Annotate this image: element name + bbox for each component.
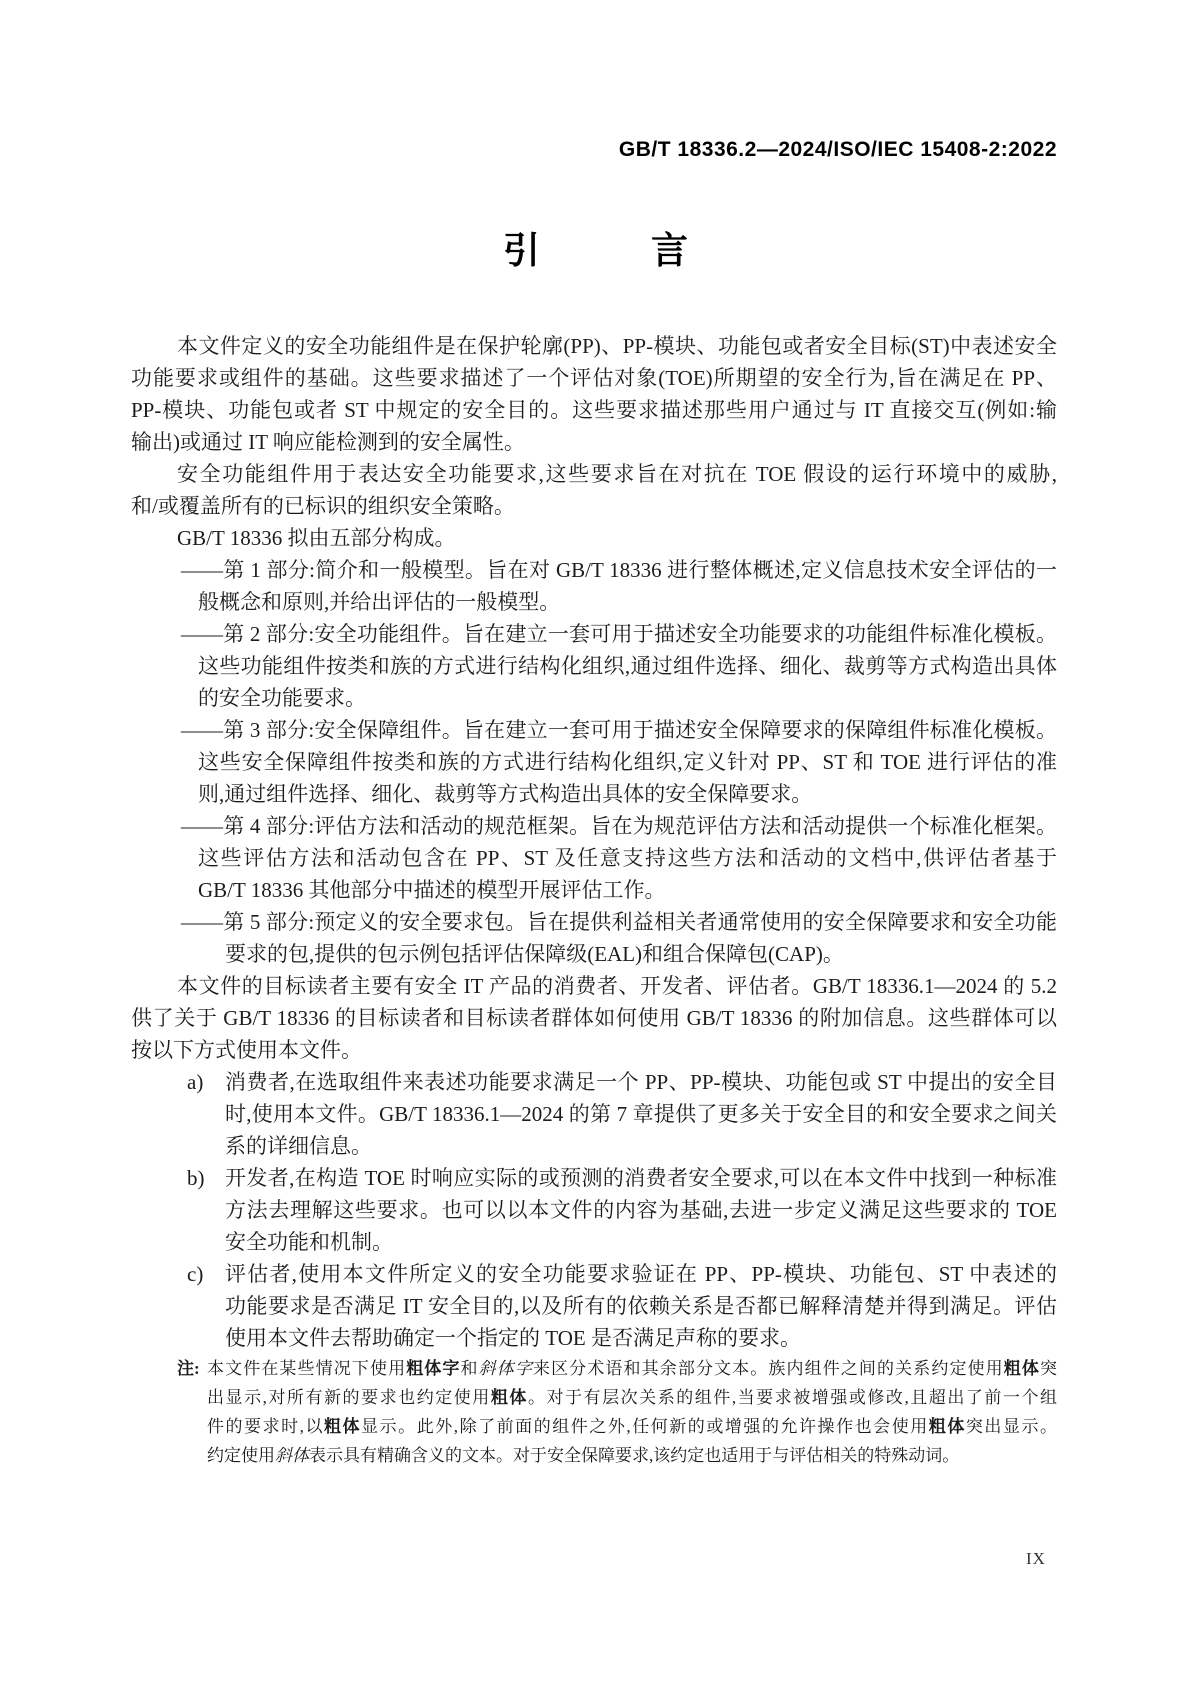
text-segment: 评估者,使用本文件所定义的安全功能要求验证在 PP、PP-模块、功能包、ST 中… [225, 1262, 1057, 1290]
text-line: b)开发者,在构造 TOE 时响应实际的或预测的消费者安全要求,可以在本文件中找… [131, 1162, 1057, 1194]
text-line: 这些功能组件按类和族的方式进行结构化组织,通过组件选择、细化、裁剪等方式构造出具… [131, 650, 1057, 682]
text-segment: 。对于有层次关系的组件,当要求被增强或修改,且超出了前一个组 [528, 1388, 1057, 1407]
text-segment: 使用本文件去帮助确定一个指定的 TOE 是否满足声称的要求。 [225, 1326, 801, 1350]
text-segment: 输出)或通过 IT 响应能检测到的安全属性。 [131, 430, 525, 454]
document-body: 本文件定义的安全功能组件是在保护轮廓(PP)、PP-模块、功能包或者安全目标(S… [131, 330, 1057, 1470]
text-line: PP-模块、功能包或者 ST 中规定的安全目的。这些要求描述那些用户通过与 IT… [131, 394, 1057, 426]
text-segment: 突 [1040, 1359, 1057, 1378]
text-line: 般概念和原则,并给出评估的一般模型。 [131, 586, 1057, 618]
text-line: 系的详细信息。 [131, 1130, 1057, 1162]
text-line: 件的要求时,以粗体显示。此外,除了前面的组件之外,任何新的或增强的允许操作也会使… [131, 1412, 1057, 1441]
text-segment: 系的详细信息。 [225, 1134, 372, 1158]
text-segment: 这些评估方法和活动包含在 PP、ST 及任意支持这些方法和活动的文档中,供评估者… [198, 846, 1057, 870]
note-label: 注: [177, 1354, 200, 1383]
text-line: 这些评估方法和活动包含在 PP、ST 及任意支持这些方法和活动的文档中,供评估者… [131, 842, 1057, 874]
text-segment: 要求的包,提供的包示例包括评估保障级(EAL)和组合保障包(CAP)。 [225, 942, 844, 966]
text-segment: 和/或覆盖所有的已标识的组织安全策略。 [131, 494, 515, 518]
text-segment: 功能要求或组件的基础。这些要求描述了一个评估对象(TOE)所期望的安全行为,旨在… [131, 366, 1057, 390]
text-segment: 表示具有精确含义的文本。对于安全保障要求,该约定也适用于与评估相关的特殊动词。 [309, 1446, 959, 1465]
text-segment: 安全功能组件用于表达安全功能要求,这些要求旨在对抗在 TOE 假设的运行环境中的… [177, 462, 1057, 486]
text-segment: 消费者,在选取组件来表述功能要求满足一个 PP、PP-模块、功能包或 ST 中提… [225, 1070, 1057, 1098]
text-segment: 粗体字 [406, 1359, 460, 1378]
text-line: ——第 4 部分:评估方法和活动的规范框架。旨在为规范评估方法和活动提供一个标准… [131, 810, 1057, 842]
text-line: 本文件定义的安全功能组件是在保护轮廓(PP)、PP-模块、功能包或者安全目标(S… [131, 330, 1057, 362]
text-line: 则,通过组件选择、细化、裁剪等方式构造出具体的安全保障要求。 [131, 778, 1057, 810]
text-segment: 粗体 [929, 1417, 966, 1436]
text-segment: ——第 5 部分:预定义的安全要求包。旨在提供利益相关者通常使用的安全保障要求和… [181, 910, 1057, 934]
text-segment: 显示。此外,除了前面的组件之外,任何新的或增强的允许操作也会使用 [361, 1417, 929, 1436]
text-line: ——第 5 部分:预定义的安全要求包。旨在提供利益相关者通常使用的安全保障要求和… [131, 906, 1057, 938]
text-segment: 粗体 [491, 1388, 528, 1407]
list-item-label: a) [187, 1066, 203, 1098]
text-line: ——第 1 部分:简介和一般模型。旨在对 GB/T 18336 进行整体概述,定… [131, 554, 1057, 586]
text-segment: 般概念和原则,并给出评估的一般模型。 [198, 590, 560, 614]
text-segment: 来区分术语和其余部分文本。族内组件之间的关系约定使用 [533, 1359, 1004, 1378]
text-segment: 安全功能和机制。 [225, 1230, 393, 1254]
page-title: 引 言 [0, 230, 1191, 272]
text-segment: 方法去理解这些要求。也可以以本文件的内容为基础,去进一步定义满足这些要求的 TO… [225, 1198, 1057, 1222]
text-segment: 这些功能组件按类和族的方式进行结构化组织,通过组件选择、细化、裁剪等方式构造出具… [198, 654, 1057, 678]
text-line: c)评估者,使用本文件所定义的安全功能要求验证在 PP、PP-模块、功能包、ST… [131, 1258, 1057, 1290]
text-line: 要求的包,提供的包示例包括评估保障级(EAL)和组合保障包(CAP)。 [131, 938, 1057, 970]
text-segment: 则,通过组件选择、细化、裁剪等方式构造出具体的安全保障要求。 [198, 782, 812, 806]
text-segment: 斜体字 [479, 1359, 533, 1378]
text-line: 供了关于 GB/T 18336 的目标读者和目标读者群体如何使用 GB/T 18… [131, 1002, 1057, 1034]
text-segment: ——第 1 部分:简介和一般模型。旨在对 GB/T 18336 进行整体概述,定… [181, 558, 1057, 582]
text-line: 和/或覆盖所有的已标识的组织安全策略。 [131, 490, 1057, 522]
text-segment: ——第 2 部分:安全功能组件。旨在建立一套可用于描述安全功能要求的功能组件标准… [181, 622, 1057, 646]
text-line: 出显示,对所有新的要求也约定使用粗体。对于有层次关系的组件,当要求被增强或修改,… [131, 1383, 1057, 1412]
text-line: 方法去理解这些要求。也可以以本文件的内容为基础,去进一步定义满足这些要求的 TO… [131, 1194, 1057, 1226]
text-segment: 约定使用 [207, 1446, 275, 1465]
text-segment: PP-模块、功能包或者 ST 中规定的安全目的。这些要求描述那些用户通过与 IT… [131, 398, 1057, 426]
text-line: 安全功能和机制。 [131, 1226, 1057, 1258]
text-segment: 本文件的目标读者主要有安全 IT 产品的消费者、开发者、评估者。GB/T 183… [177, 974, 1057, 1002]
text-segment: 按以下方式使用本文件。 [131, 1038, 362, 1062]
text-line: 这些安全保障组件按类和族的方式进行结构化组织,定义针对 PP、ST 和 TOE … [131, 746, 1057, 778]
text-line: 安全功能组件用于表达安全功能要求,这些要求旨在对抗在 TOE 假设的运行环境中的… [131, 458, 1057, 490]
text-segment: 粗体 [1004, 1359, 1040, 1378]
text-segment: GB/T 18336 其他部分中描述的模型开展评估工作。 [198, 878, 665, 902]
text-line: 时,使用本文件。GB/T 18336.1—2024 的第 7 章提供了更多关于安… [131, 1098, 1057, 1130]
text-line: 注:本文件在某些情况下使用粗体字和斜体字来区分术语和其余部分文本。族内组件之间的… [131, 1354, 1057, 1383]
text-segment: 开发者,在构造 TOE 时响应实际的或预测的消费者安全要求,可以在本文件中找到一… [225, 1166, 1057, 1190]
text-line: ——第 3 部分:安全保障组件。旨在建立一套可用于描述安全保障要求的保障组件标准… [131, 714, 1057, 746]
text-line: ——第 2 部分:安全功能组件。旨在建立一套可用于描述安全功能要求的功能组件标准… [131, 618, 1057, 650]
text-line: GB/T 18336 拟由五部分构成。 [131, 522, 1057, 554]
text-segment: 时,使用本文件。GB/T 18336.1—2024 的第 7 章提供了更多关于安… [225, 1102, 1057, 1126]
list-item-label: c) [187, 1258, 203, 1290]
text-line: 约定使用斜体表示具有精确含义的文本。对于安全保障要求,该约定也适用于与评估相关的… [131, 1441, 1057, 1470]
text-segment: 件的要求时,以 [207, 1417, 324, 1436]
text-line: 功能要求是否满足 IT 安全目的,以及所有的依赖关系是否都已解释清楚并得到满足。… [131, 1290, 1057, 1322]
text-segment: GB/T 18336 拟由五部分构成。 [177, 526, 455, 550]
text-segment: 的安全功能要求。 [198, 686, 366, 710]
text-segment: 斜体 [275, 1446, 309, 1465]
text-line: 功能要求或组件的基础。这些要求描述了一个评估对象(TOE)所期望的安全行为,旨在… [131, 362, 1057, 394]
text-line: GB/T 18336 其他部分中描述的模型开展评估工作。 [131, 874, 1057, 906]
page-number: IX [1026, 1549, 1046, 1569]
text-segment: 功能要求是否满足 IT 安全目的,以及所有的依赖关系是否都已解释清楚并得到满足。… [225, 1294, 1057, 1322]
text-segment: ——第 4 部分:评估方法和活动的规范框架。旨在为规范评估方法和活动提供一个标准… [181, 814, 1057, 838]
text-line: 的安全功能要求。 [131, 682, 1057, 714]
text-segment: 这些安全保障组件按类和族的方式进行结构化组织,定义针对 PP、ST 和 TOE … [198, 750, 1057, 774]
text-line: 本文件的目标读者主要有安全 IT 产品的消费者、开发者、评估者。GB/T 183… [131, 970, 1057, 1002]
text-line: a)消费者,在选取组件来表述功能要求满足一个 PP、PP-模块、功能包或 ST … [131, 1066, 1057, 1098]
text-segment: 本文件定义的安全功能组件是在保护轮廓(PP)、PP-模块、功能包或者安全目标(S… [177, 334, 1057, 358]
text-line: 输出)或通过 IT 响应能检测到的安全属性。 [131, 426, 1057, 458]
text-segment: ——第 3 部分:安全保障组件。旨在建立一套可用于描述安全保障要求的保障组件标准… [181, 718, 1057, 742]
text-segment: 和 [461, 1359, 479, 1378]
text-segment: 供了关于 GB/T 18336 的目标读者和目标读者群体如何使用 GB/T 18… [131, 1006, 1057, 1030]
text-segment: 本文件在某些情况下使用 [207, 1359, 406, 1378]
text-segment: 突出显示。 [966, 1417, 1057, 1436]
document-page: GB/T 18336.2—2024/ISO/IEC 15408-2:2022 引… [0, 0, 1191, 1685]
text-segment: 粗体 [324, 1417, 361, 1436]
text-line: 按以下方式使用本文件。 [131, 1034, 1057, 1066]
list-item-label: b) [187, 1162, 205, 1194]
standard-number-header: GB/T 18336.2—2024/ISO/IEC 15408-2:2022 [619, 138, 1057, 162]
text-line: 使用本文件去帮助确定一个指定的 TOE 是否满足声称的要求。 [131, 1322, 1057, 1354]
text-segment: 出显示,对所有新的要求也约定使用 [207, 1388, 491, 1407]
